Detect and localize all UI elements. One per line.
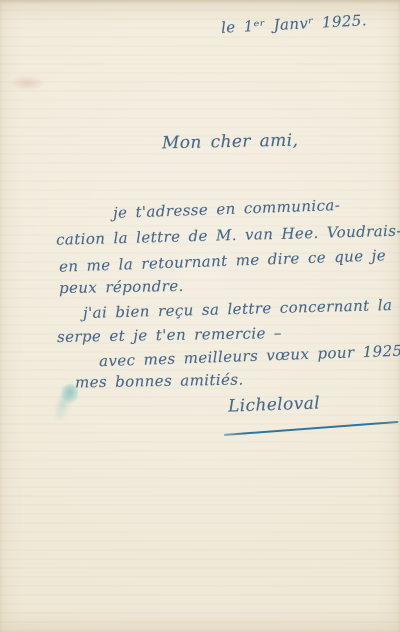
letter-body-line: je t'adresse en communica- — [113, 196, 341, 222]
letter-body-line: j'ai bien reçu sa lettre concernant la — [83, 296, 393, 322]
letter-closing-line: avec mes meilleurs vœux pour 1925 — [99, 342, 400, 371]
letter-body-line: en me la retournant me dire ce que je — [59, 246, 386, 275]
letter-date: le 1ᵉʳ Janvʳ 1925. — [221, 11, 368, 37]
signature-underline — [224, 421, 399, 437]
letter-body-line: cation la lettre de M. van Hee. Voudrais… — [56, 221, 400, 248]
letter-salutation: Mon cher ami, — [162, 131, 299, 154]
letter-body-line: peux répondre. — [59, 277, 184, 297]
signature: Licheloval — [228, 393, 321, 416]
letter-closing-line: mes bonnes amitiés. — [75, 371, 244, 392]
letter-paper: le 1ᵉʳ Janvʳ 1925. Mon cher ami, je t'ad… — [0, 0, 400, 632]
letter-body-line: serpe et je t'en remercie – — [57, 324, 282, 346]
paper-stain — [10, 76, 44, 90]
ink-smudge — [49, 381, 82, 424]
